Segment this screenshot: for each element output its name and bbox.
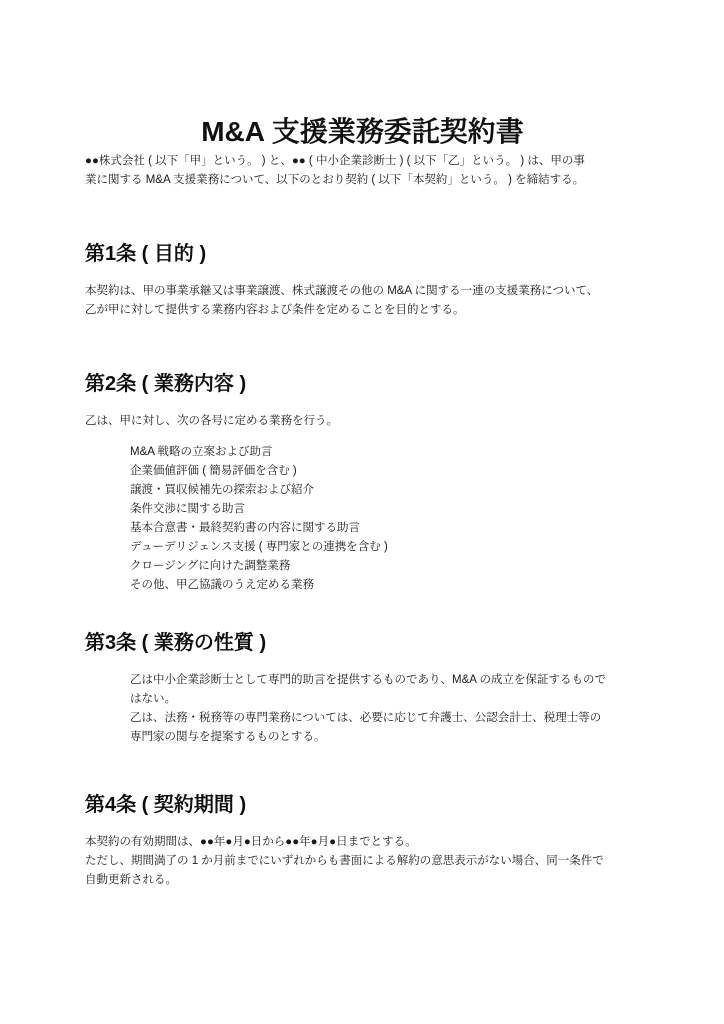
list-item: 基本合意書・最終契約書の内容に関する助言	[130, 519, 640, 538]
section-article-2: 第2条 ( 業務内容 ) 乙は、甲に対し、次の各号に定める業務を行う。 M&A …	[85, 370, 640, 595]
list-item: M&A 戦略の立案および助言	[130, 443, 640, 462]
list-item: 条件交渉に関する助言	[130, 500, 640, 519]
document-title: M&A 支援業務委託契約書	[85, 112, 640, 152]
article-2-intro: 乙は、甲に対し、次の各号に定める業務を行う。	[85, 412, 640, 431]
list-item: 譲渡・買収候補先の探索および紹介	[130, 481, 640, 500]
article-2-heading: 第2条 ( 業務内容 )	[85, 370, 640, 398]
list-item: デューデリジェンス支援 ( 専門家との連携を含む )	[130, 538, 640, 557]
list-item: その他、甲乙協議のうえ定める業務	[130, 576, 640, 595]
article-3-body: 乙は中小企業診断士として専門的助言を提供するものであり、M&A の成立を保証する…	[130, 671, 640, 747]
article-1-body: 本契約は、甲の事業承継又は事業譲渡、株式譲渡その他の M&A に関する一連の支援…	[85, 282, 640, 320]
article-1-heading: 第1条 ( 目的 )	[85, 240, 640, 268]
list-item: 企業価値評価 ( 簡易評価を含む )	[130, 462, 640, 481]
article-4-body: 本契約の有効期間は、●●年●月●日から●●年●月●日までとする。 ただし、期間満…	[85, 833, 640, 890]
preamble-paragraph: ●●株式会社 ( 以下「甲」という。 ) と、●● ( 中小企業診断士 ) ( …	[85, 152, 640, 190]
service-list: M&A 戦略の立案および助言企業価値評価 ( 簡易評価を含む )譲渡・買収候補先…	[130, 443, 640, 595]
contract-document-page: M&A 支援業務委託契約書 ●●株式会社 ( 以下「甲」という。 ) と、●● …	[0, 0, 724, 1024]
section-article-1: 第1条 ( 目的 ) 本契約は、甲の事業承継又は事業譲渡、株式譲渡その他の M&…	[85, 240, 640, 320]
article-3-heading: 第3条 ( 業務の性質 )	[85, 629, 640, 657]
list-item: クロージングに向けた調整業務	[130, 557, 640, 576]
section-article-3: 第3条 ( 業務の性質 ) 乙は中小企業診断士として専門的助言を提供するものであ…	[85, 629, 640, 747]
section-article-4: 第4条 ( 契約期間 ) 本契約の有効期間は、●●年●月●日から●●年●月●日ま…	[85, 791, 640, 890]
article-4-heading: 第4条 ( 契約期間 )	[85, 791, 640, 819]
